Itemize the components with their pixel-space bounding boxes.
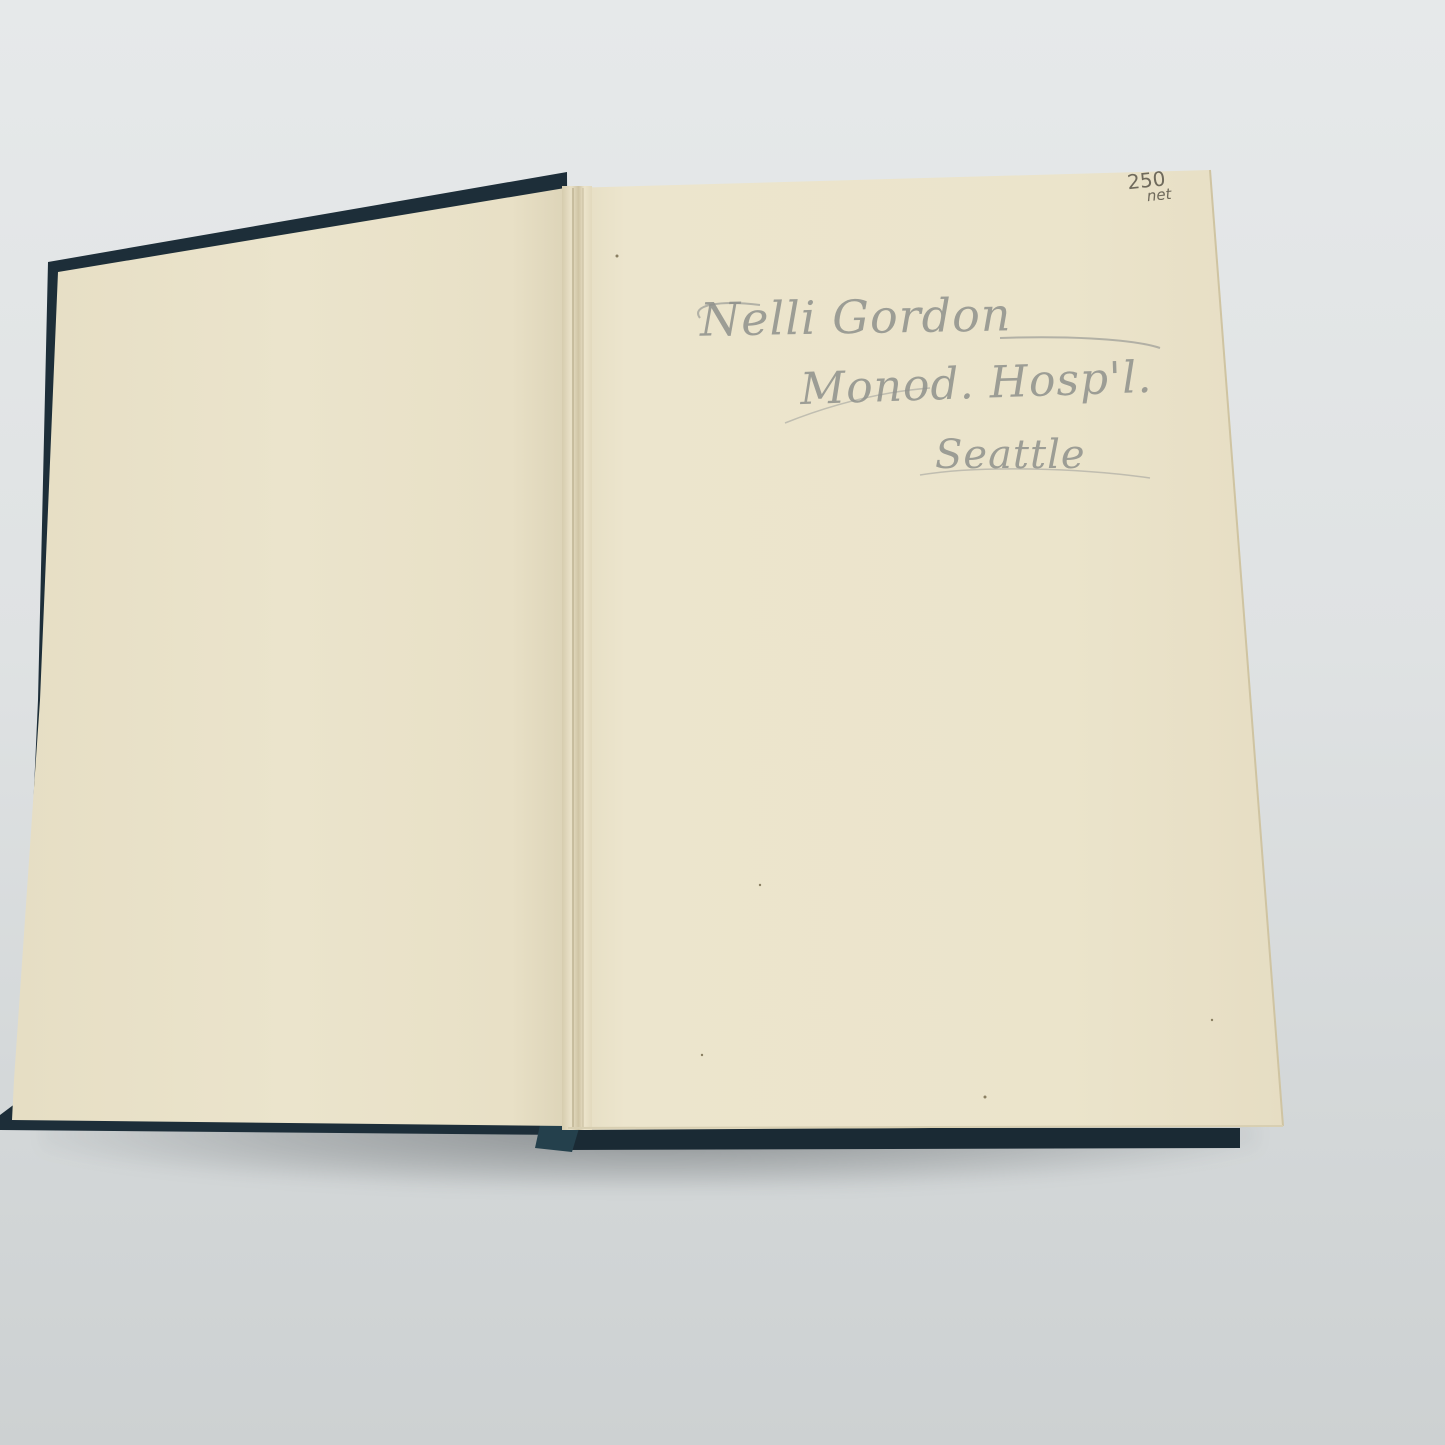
price-mark: 250 net: [1126, 170, 1172, 206]
price-note: net: [1146, 186, 1172, 204]
foxing-spot: [701, 1054, 703, 1056]
inscription-city: Seattle: [935, 432, 1086, 478]
inscription-name: Nelli Gordon: [700, 287, 1012, 346]
foxing-spot: [616, 255, 619, 258]
foxing-spot: [984, 1096, 987, 1099]
right-cover-board: [566, 1128, 1240, 1150]
left-endpaper: [12, 188, 566, 1126]
book-shapes: [0, 0, 1445, 1445]
foxing-spot: [1211, 1019, 1213, 1021]
open-book: Nelli Gordon Monod. Hosp'l. Seattle 250 …: [0, 0, 1445, 1445]
foxing-spot: [759, 884, 761, 886]
gutter-hinge: [562, 186, 592, 1130]
